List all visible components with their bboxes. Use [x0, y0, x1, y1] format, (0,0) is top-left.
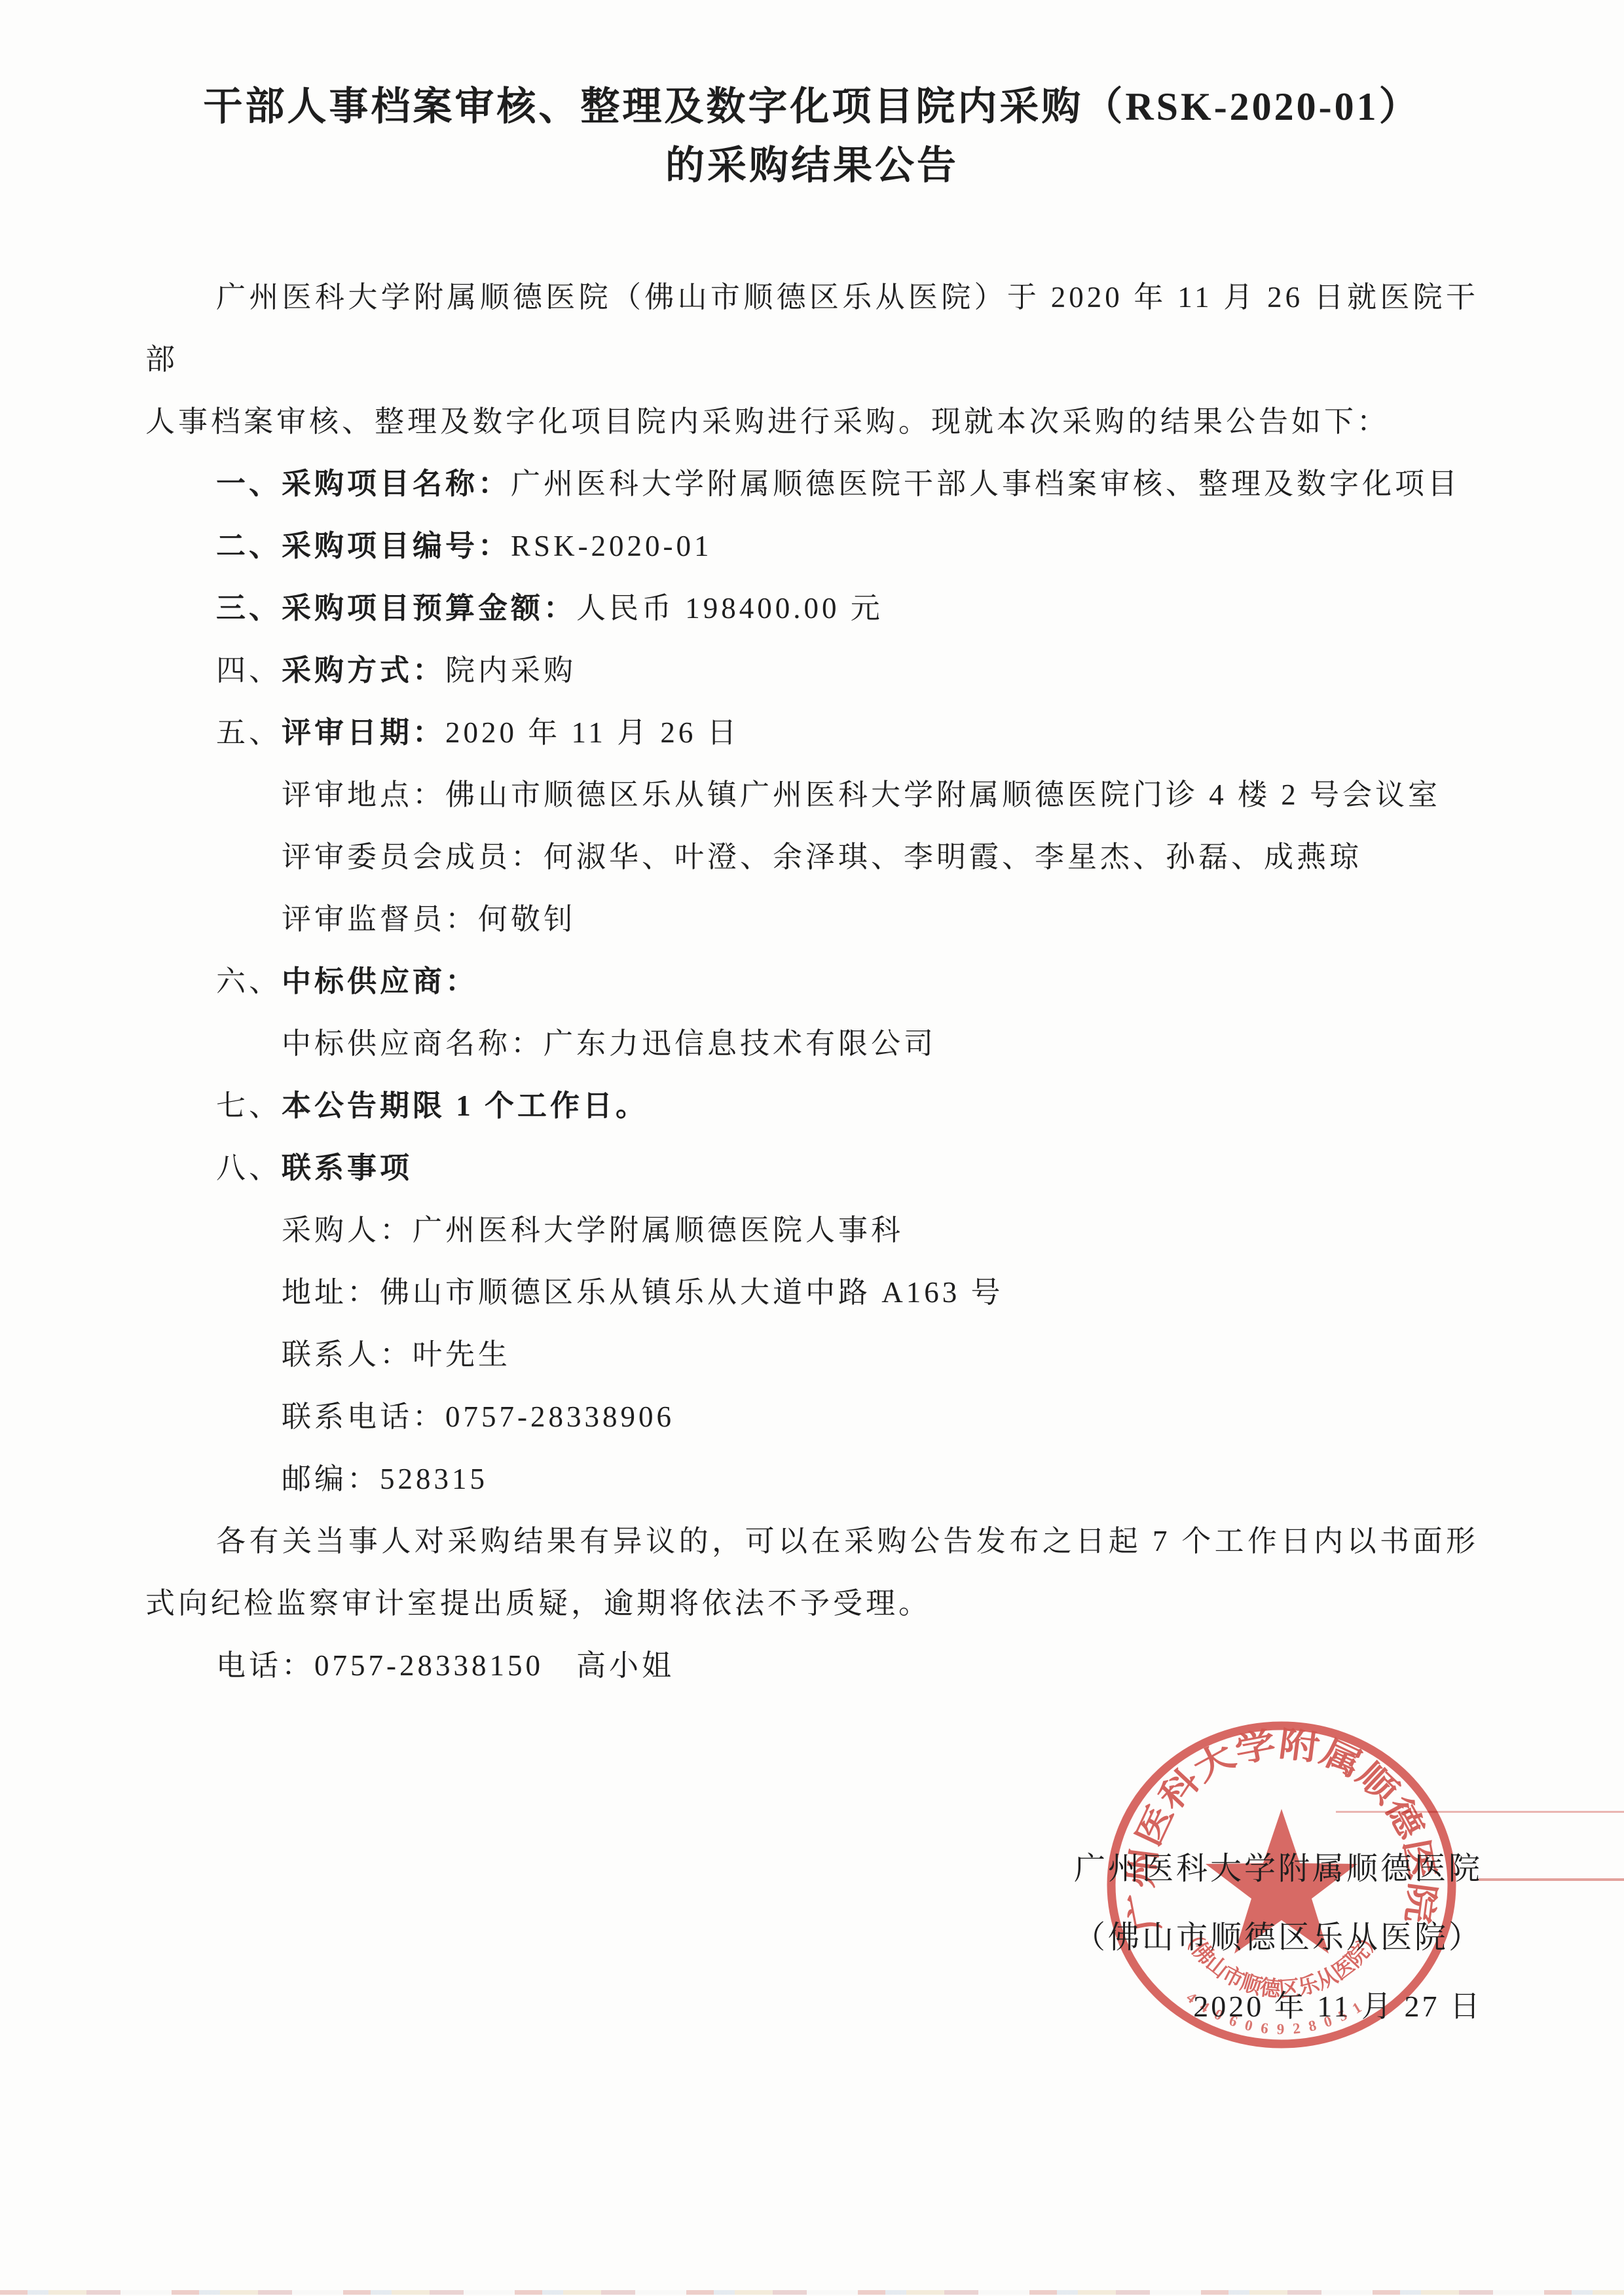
page-title: 干部人事档案审核、整理及数字化项目院内采购（RSK-2020-01）的采购结果公… — [0, 77, 1624, 195]
closing-line-1: 各有关当事人对采购结果有异议的，可以在采购公告发布之日起 7 个工作日内以书面形 — [145, 1510, 1479, 1573]
list-item-6: 六、中标供应商： — [145, 951, 1479, 1013]
item-1-label: 采购项目名称： — [282, 467, 511, 500]
winner-name-line: 中标供应商名称：广东力迅信息技术有限公司 — [145, 1013, 1479, 1075]
intro-line-2: 人事档案审核、整理及数字化项目院内采购进行采购。现就本次采购的结果公告如下： — [145, 391, 1479, 453]
item-4-label: 采购方式： — [282, 654, 445, 687]
item-4-number: 四、 — [216, 654, 282, 687]
item-3-text: 人民币 198400.00 元 — [576, 592, 883, 625]
item-2-label: 采购项目编号： — [282, 530, 511, 562]
item-1-text: 广州医科大学附属顺德医院干部人事档案审核、整理及数字化项目 — [511, 467, 1460, 500]
intro-line-1: 广州医科大学附属顺德医院（佛山市顺德区乐从医院）于 2020 年 11 月 26… — [145, 266, 1479, 391]
item-6-label: 中标供应商： — [282, 965, 478, 998]
item-4-text: 院内采购 — [445, 654, 576, 687]
item-2-number: 二、 — [216, 530, 282, 562]
item-8-number: 八、 — [216, 1152, 282, 1184]
item-1-number: 一、 — [216, 467, 282, 500]
contact-buyer-line: 采购人：广州医科大学附属顺德医院人事科 — [145, 1199, 1479, 1262]
document-page: 干部人事档案审核、整理及数字化项目院内采购（RSK-2020-01）的采购结果公… — [0, 0, 1624, 2296]
complaint-phone-line: 电话：0757-28338150 高小姐 — [145, 1635, 1479, 1697]
document-body: 广州医科大学附属顺德医院（佛山市顺德区乐从医院）于 2020 年 11 月 26… — [145, 266, 1479, 1697]
title-line-1: 干部人事档案审核、整理及数字化项目院内采购（RSK-2020-01） — [203, 85, 1420, 128]
closing-line-2: 式向纪检监察审计室提出质疑，逾期将依法不予受理。 — [145, 1573, 1479, 1635]
contact-zipcode-line: 邮编：528315 — [145, 1448, 1479, 1510]
signature-date: 2020 年 11 月 27 日 — [1074, 1972, 1483, 2041]
item-7-label: 本公告期限 1 个工作日。 — [282, 1089, 648, 1122]
signature-org: 广州医科大学附属顺德医院 — [1074, 1834, 1483, 1903]
item-5-text: 2020 年 11 月 26 日 — [445, 716, 740, 749]
signature-block: 广州医科大学附属顺德医院 （佛山市顺德区乐从医院） 2020 年 11 月 27… — [1074, 1834, 1483, 2041]
review-supervisor-line: 评审监督员：何敬钊 — [145, 888, 1479, 951]
scan-artifact-line — [1479, 1878, 1624, 1881]
title-line-2: 的采购结果公告 — [665, 144, 959, 187]
item-8-label: 联系事项 — [282, 1152, 413, 1184]
review-committee-line: 评审委员会成员：何淑华、叶澄、余泽琪、李明霞、李星杰、孙磊、成燕琼 — [145, 826, 1479, 888]
item-3-number: 三、 — [216, 592, 282, 625]
contact-person-line: 联系人：叶先生 — [145, 1324, 1479, 1386]
list-item-5: 五、评审日期：2020 年 11 月 26 日 — [145, 702, 1479, 764]
contact-address-line: 地址：佛山市顺德区乐从镇乐从大道中路 A163 号 — [145, 1262, 1479, 1324]
list-item-8: 八、联系事项 — [145, 1137, 1479, 1199]
list-item-3: 三、采购项目预算金额：人民币 198400.00 元 — [145, 577, 1479, 640]
review-location-line: 评审地点：佛山市顺德区乐从镇广州医科大学附属顺德医院门诊 4 楼 2 号会议室 — [145, 764, 1479, 826]
item-2-text: RSK-2020-01 — [511, 530, 712, 562]
list-item-2: 二、采购项目编号：RSK-2020-01 — [145, 515, 1479, 577]
item-5-label: 评审日期： — [282, 716, 445, 749]
item-7-number: 七、 — [216, 1089, 282, 1122]
list-item-1: 一、采购项目名称：广州医科大学附属顺德医院干部人事档案审核、整理及数字化项目 — [145, 453, 1479, 515]
signature-org-sub: （佛山市顺德区乐从医院） — [1074, 1903, 1483, 1972]
list-item-7: 七、本公告期限 1 个工作日。 — [145, 1075, 1479, 1137]
item-5-number: 五、 — [216, 716, 282, 749]
scan-edge-noise — [0, 2290, 1624, 2295]
list-item-4: 四、采购方式：院内采购 — [145, 640, 1479, 702]
contact-phone-line: 联系电话：0757-28338906 — [145, 1386, 1479, 1448]
item-6-number: 六、 — [216, 965, 282, 998]
item-3-label: 采购项目预算金额： — [282, 592, 576, 625]
